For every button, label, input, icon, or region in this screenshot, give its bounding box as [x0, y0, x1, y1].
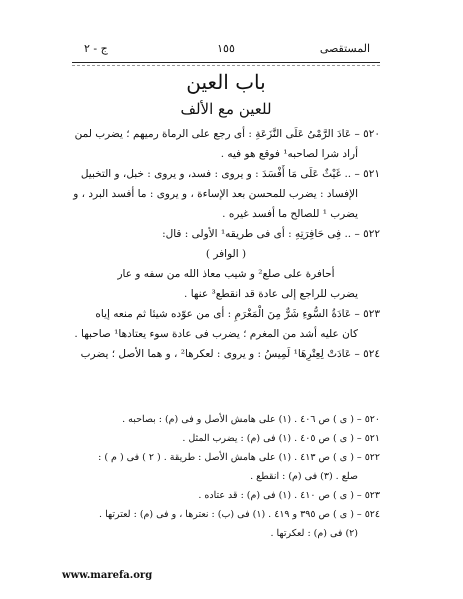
poem-meter: ( الوافر ) [72, 244, 380, 264]
chapter-subtitle: للعين مع الألف [72, 100, 380, 118]
header-rule-dotted [72, 65, 380, 66]
chapter-title: باب العين [72, 70, 380, 94]
source-url: www.marefa.org [62, 570, 152, 581]
entry-523-line-1: ٥٢٣ – عَادَةُ السُّوءِ شَرٌّ مِنَ الْمَغ… [72, 304, 380, 324]
main-text: ٥٢٠ – عَادَ الرَّمْىُ عَلَى النَّزَعَةِ … [72, 124, 380, 364]
entry-520-line-2: أراد شرا لصاحبه¹ فوقع هو فيه . [72, 144, 380, 164]
entry-523-line-2: كان عليه أشد من المغرم ؛ يضرب فى عادة سو… [72, 324, 380, 344]
footnote-522-cont: صلع . (٣) فى (م) : انقطع . [72, 467, 380, 486]
entry-524-line-1: ٥٢٤ – عَادَتْ لِعِتْرِهَا¹ لَمِيسُ : و ي… [72, 344, 380, 364]
footnote-524-cont: (٢) فى (م) : لعكرتها . [72, 524, 380, 543]
header-rule [72, 62, 380, 63]
footnote-523: ٥٢٣ – ( ى ) ص ٤١٠ . (١) فى (م) : قد عتاد… [72, 486, 380, 505]
document-page: المستقصى ١٥٥ ج - ٢ باب العين للعين مع ال… [72, 0, 380, 599]
footnote-522: ٥٢٢ – ( ى ) ص ٤١٣ . (١) على هامش الأصل :… [72, 448, 380, 467]
entry-522-explanation: يضرب للراجع إلى عادة قد انقطع³ عنها . [72, 284, 380, 304]
page-number: ١٥٥ [217, 42, 235, 55]
entry-521-line-1: ٥٢١ – .. غَيْثٌ عَلَى مَا أَفْسَدَ : و ي… [72, 164, 380, 184]
footnote-520: ٥٢٠ – ( ى ) ص ٤٠٦ . (١) على هامش الأصل و… [72, 410, 380, 429]
entry-522-line-1: ٥٢٢ – .. فِى حَافِرَتِهِ : أى فى طريقه¹ … [72, 224, 380, 244]
book-title: المستقصى [320, 42, 370, 55]
running-header: المستقصى ١٥٥ ج - ٢ [72, 42, 380, 58]
entry-520-line-1: ٥٢٠ – عَادَ الرَّمْىُ عَلَى النَّزَعَةِ … [72, 124, 380, 144]
footnote-521: ٥٢١ – ( ى ) ص ٤٠٥ . (١) فى (م) : يضرب ال… [72, 429, 380, 448]
poem-verse: أحافرة على صلع² و شيب معاذ الله من سفه و… [72, 264, 380, 284]
footnotes: ٥٢٠ – ( ى ) ص ٤٠٦ . (١) على هامش الأصل و… [72, 410, 380, 543]
entry-521-line-3: يضرب ¹ للصالح ما أفسد غيره . [72, 204, 380, 224]
footnote-524: ٥٢٤ – ( ى ) ص ٣٩٥ و ٤١٩ . (١) فى (ب) : ن… [72, 505, 380, 524]
entry-521-line-2: الإفساد : يضرب للمحسن بعد الإساءة ، و ير… [72, 184, 380, 204]
volume-label: ج - ٢ [84, 42, 108, 55]
